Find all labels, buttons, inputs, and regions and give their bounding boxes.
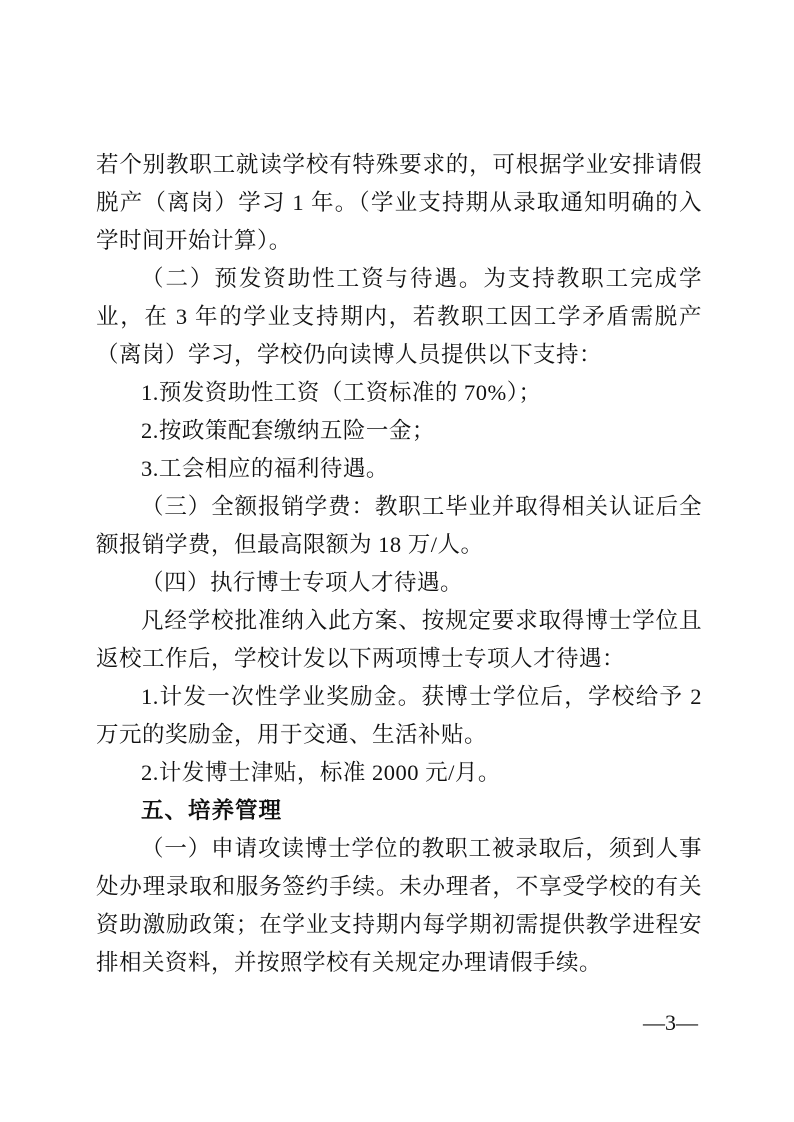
paragraph-item-3: （三）全额报销学费：教职工毕业并取得相关认证后全额报销学费，但最高限额为 18 …: [96, 488, 702, 564]
paragraph-continuation: 若个别教职工就读学校有特殊要求的，可根据学业安排请假脱产（离岗）学习 1 年。（…: [96, 146, 702, 260]
paragraph-item-2: （二）预发资助性工资与待遇。为支持教职工完成学业，在 3 年的学业支持期内，若教…: [96, 260, 702, 374]
paragraph-management-1: （一）申请攻读博士学位的教职工被录取后，须到人事处办理录取和服务签约手续。未办理…: [96, 830, 702, 982]
list-item-allowance: 2.计发博士津贴，标准 2000 元/月。: [96, 754, 702, 792]
section-heading: 五、培养管理: [96, 792, 702, 830]
list-item-1: 1.预发资助性工资（工资标准的 70%）；: [96, 374, 702, 412]
list-item-2: 2.按政策配套缴纳五险一金；: [96, 412, 702, 450]
list-item-award: 1.计发一次性学业奖励金。获博士学位后，学校给予 2 万元的奖励金，用于交通、生…: [96, 678, 702, 754]
list-item-3: 3.工会相应的福利待遇。: [96, 450, 702, 488]
page-number: —3—: [643, 1008, 698, 1038]
document-page: 若个别教职工就读学校有特殊要求的，可根据学业安排请假脱产（离岗）学习 1 年。（…: [0, 0, 794, 1122]
paragraph-item-4-body: 凡经学校批准纳入此方案、按规定要求取得博士学位且返校工作后，学校计发以下两项博士…: [96, 602, 702, 678]
document-body: 若个别教职工就读学校有特殊要求的，可根据学业安排请假脱产（离岗）学习 1 年。（…: [96, 146, 702, 982]
paragraph-item-4: （四）执行博士专项人才待遇。: [96, 564, 702, 602]
